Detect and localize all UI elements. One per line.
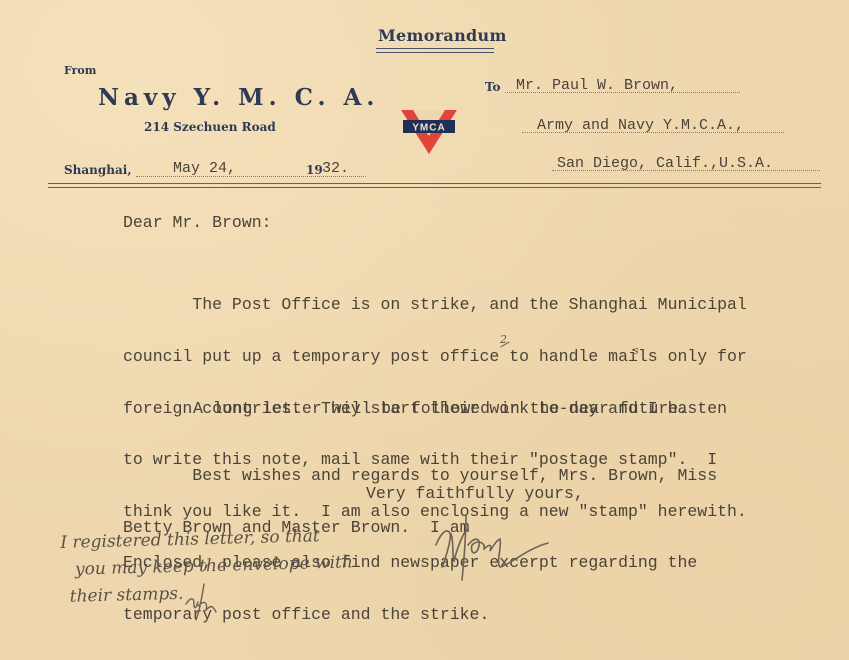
initials-icon: [184, 582, 224, 622]
paragraph-1-line: The Post Office is on strike, and the Sh…: [123, 296, 747, 313]
year-suffix: 32.: [322, 160, 349, 177]
correction-plural: s: [633, 344, 639, 357]
year-prefix: 19: [306, 163, 323, 177]
recipient-name: Mr. Paul W. Brown,: [516, 77, 678, 94]
paragraph-3-line: Best wishes and regards to yourself, Mrs…: [123, 467, 717, 484]
date-city: Shanghai,: [64, 163, 132, 177]
header-double-rule: [48, 183, 821, 188]
closing: Very faithfully yours,: [366, 484, 584, 503]
logo-text: YMCA: [412, 123, 445, 134]
from-label: From: [64, 64, 96, 77]
recipient-organization: Army and Navy Y.M.C.A.,: [537, 117, 744, 134]
salutation: Dear Mr. Brown:: [123, 213, 272, 232]
recipient-location: San Diego, Calif.,U.S.A.: [557, 155, 773, 172]
ymca-triangle-logo-icon: YMCA: [401, 109, 457, 155]
memorandum-title: Memorandum: [378, 26, 507, 45]
organization-address: 214 Szechuen Road: [144, 120, 276, 134]
to-label: To: [485, 80, 501, 94]
title-underline: [376, 48, 494, 53]
organization-name: Navy Y. M. C. A.: [98, 84, 379, 111]
paragraph-1-line: council put up a temporary post office t…: [123, 348, 747, 365]
signature-icon: [430, 505, 560, 585]
date-month-day: May 24,: [173, 160, 236, 177]
paragraph-2: A long letter will be followed in the ne…: [193, 399, 688, 418]
